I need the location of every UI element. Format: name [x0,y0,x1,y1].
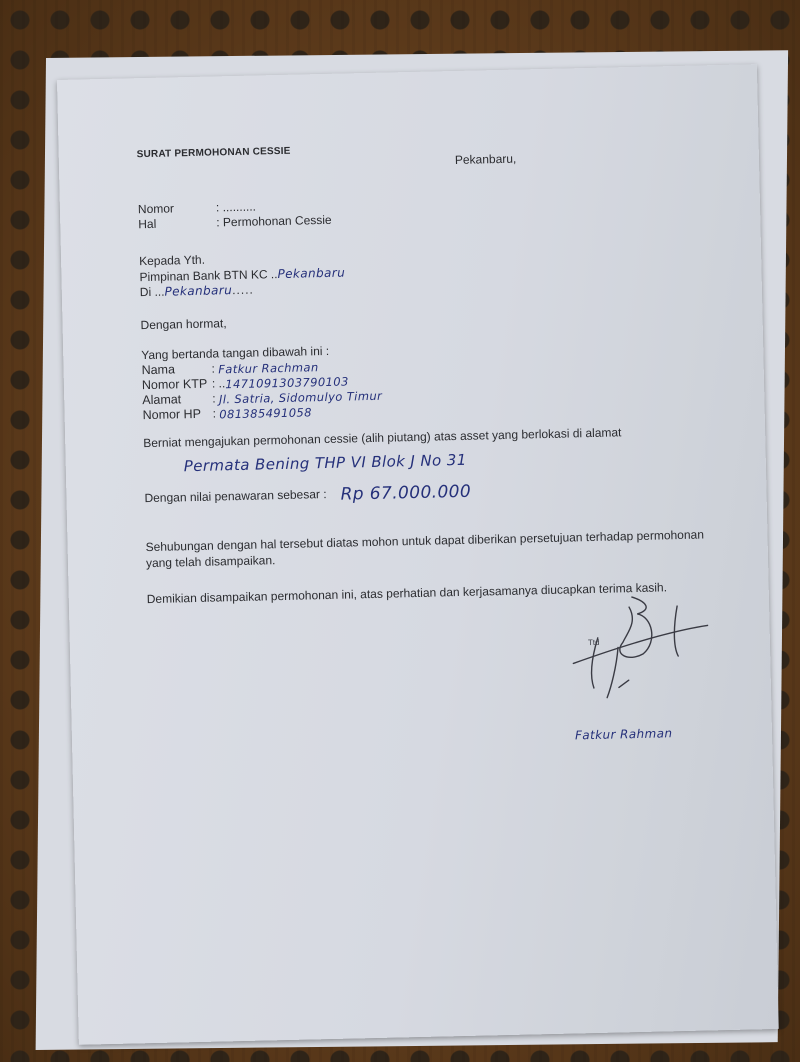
hal-value: : Permohonan Cessie [216,213,332,231]
recipient-branch-handwritten: Pekanbaru [277,265,345,281]
signature-name-handwritten: Fatkur Rahman [575,726,673,744]
asset-address-handwritten: Permata Bening THP VI Blok J No 31 [184,451,467,477]
intent-statement: Berniat mengajukan permohonan cessie (al… [143,423,703,451]
recipient-line-3: Di ...Pekanbaru..... [140,281,346,301]
body-paragraph: Sehubungan dengan hal tersebut diatas mo… [145,527,706,571]
offer-amount-handwritten: Rp 67.000.000 [340,481,471,506]
signer-field-value: 081385491058 [219,405,312,422]
hal-label: Hal [138,215,216,232]
offer-row: Dengan nilai penawaran sebesar : Rp 67.0… [144,481,471,510]
svg-text:Ttd: Ttd [588,638,600,647]
city-date: Pekanbaru, [455,152,517,169]
recipient-location-dots: ..... [232,283,254,297]
signer-field-label: Nomor HP [142,406,212,424]
greeting: Dengan hormat, [140,316,226,334]
recipient-location-handwritten: Pekanbaru [164,283,232,299]
letter-title: SURAT PERMOHONAN CESSIE [137,145,291,161]
letter-meta: Nomor : .......... Hal : Permohonan Cess… [138,198,332,232]
signer-field-colon: : [212,406,216,422]
meta-row-hal: Hal : Permohonan Cessie [138,213,332,232]
letter-page: SURAT PERMOHONAN CESSIE Pekanbaru, Nomor… [57,64,779,1045]
signer-block: Yang bertanda tangan dibawah ini : Nama … [141,343,383,424]
signer-field-hp: Nomor HP : 081385491058 [142,403,382,423]
letter-content: SURAT PERMOHONAN CESSIE Pekanbaru, Nomor… [137,135,719,148]
signer-field-colon: : [211,361,215,377]
recipient-bank-label: Pimpinan Bank BTN KC .. [139,267,277,284]
signer-field-colon: : [212,391,216,407]
recipient-block: Kepada Yth. Pimpinan Bank BTN KC ..Pekan… [139,250,346,301]
signer-field-colon: : .. [212,376,226,392]
offer-label: Dengan nilai penawaran sebesar : [144,487,326,507]
recipient-location-label: Di ... [140,285,165,300]
nomor-value: : .......... [216,200,256,216]
